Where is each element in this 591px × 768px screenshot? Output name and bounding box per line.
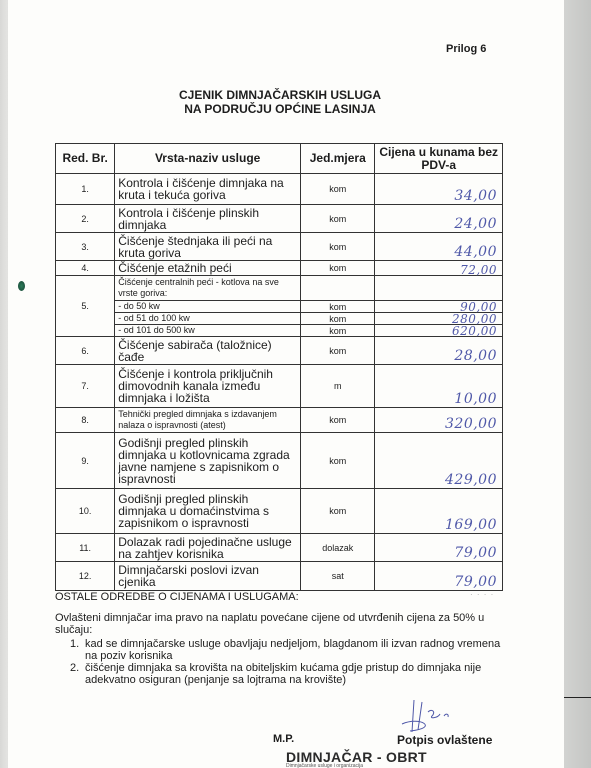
table-row: 4.Čišćenje etažnih pećikom72,00 xyxy=(56,261,503,276)
handwritten-price: 44,00 xyxy=(378,244,499,260)
table-header-row: Red. Br. Vrsta-naziv usluge Jed.mjera Ci… xyxy=(56,144,503,174)
unit: kom xyxy=(301,301,375,313)
handwritten-price: 34,00 xyxy=(378,188,499,204)
column-header-price: Cijena u kunama bez PDV-a xyxy=(375,144,503,174)
row-number: 7. xyxy=(56,365,115,408)
table-row: 9.Godišnji pregled plinskih dimnjaka u k… xyxy=(56,433,503,489)
price xyxy=(375,276,503,301)
table-row: 8.Tehnički pregled dimnjaka s izdavanjem… xyxy=(56,408,503,433)
service-name: Čišćenje sabirača (taložnice) čađe xyxy=(115,337,301,365)
row-number: 8. xyxy=(56,408,115,433)
price: 72,00 xyxy=(375,261,503,276)
price: 429,00 xyxy=(375,433,503,489)
table-row: 6.Čišćenje sabirača (taložnice) čađekom2… xyxy=(56,337,503,365)
price: 620,00 xyxy=(375,325,503,337)
scan-right-edge xyxy=(564,0,591,768)
unit: kom xyxy=(301,205,375,233)
handwritten-price: 620,00 xyxy=(378,326,499,336)
price: 34,00 xyxy=(375,174,503,205)
table-subrow: - od 51 do 100 kwkom280,00 xyxy=(56,313,503,325)
row-number: 10. xyxy=(56,489,115,534)
service-name: Čišćenje etažnih peći xyxy=(115,261,301,276)
table-row: 2.Kontrola i čišćenje plinskih dimnjakak… xyxy=(56,205,503,233)
service-name: Tehnički pregled dimnjaka s izdavanjem n… xyxy=(115,408,301,433)
document-title-line2: NA PODRUČJU OPĆINE LASINJA xyxy=(150,102,410,116)
unit: kom xyxy=(301,433,375,489)
annex-label: Prilog 6 xyxy=(446,43,486,55)
table-subrow: - od 101 do 500 kwkom620,00 xyxy=(56,325,503,337)
stamp-subtitle: Dimnjačarske usluge i organizacija xyxy=(286,763,363,768)
column-header-service: Vrsta-naziv usluge xyxy=(115,144,301,174)
row-number: 11. xyxy=(56,534,115,562)
unit: kom xyxy=(301,325,375,337)
price: 169,00 xyxy=(375,489,503,534)
table-subrow: - do 50 kwkom90,00 xyxy=(56,301,503,313)
price: 28,00 xyxy=(375,337,503,365)
handwritten-price: 79,00 xyxy=(378,545,499,561)
handwritten-price: 79,00 xyxy=(378,574,499,590)
row-number: 4. xyxy=(56,261,115,276)
unit: kom xyxy=(301,174,375,205)
provision-text: kad se dimnjačarske usluge obavljaju ned… xyxy=(85,638,510,662)
pencil-mark: · · · · xyxy=(470,590,494,599)
service-name: Dimnjačarski poslovi izvan cjenika xyxy=(115,562,301,591)
unit: kom xyxy=(301,233,375,261)
handwritten-price: 24,00 xyxy=(378,216,499,232)
price: 10,00 xyxy=(375,365,503,408)
column-header-number: Red. Br. xyxy=(56,144,115,174)
service-name: Godišnji pregled plinskih dimnjaka u kot… xyxy=(115,433,301,489)
service-subitem-name: - od 101 do 500 kw xyxy=(115,325,301,337)
punch-hole-mark xyxy=(18,281,25,291)
unit: kom xyxy=(301,337,375,365)
service-name: Čišćenje štednjaka ili peći na kruta gor… xyxy=(115,233,301,261)
service-subitem-name: - od 51 do 100 kw xyxy=(115,313,301,325)
service-name: Čišćenje i kontrola priključnih dimovodn… xyxy=(115,365,301,408)
provisions-heading: OSTALE ODREDBE O CIJENAMA I USLUGAMA: xyxy=(55,591,299,603)
row-number: 5. xyxy=(56,276,115,337)
handwritten-price: 90,00 xyxy=(378,302,499,312)
stamp-placeholder-label: M.P. xyxy=(273,733,294,745)
handwritten-price: 280,00 xyxy=(378,314,499,324)
row-number: 9. xyxy=(56,433,115,489)
row-number: 2. xyxy=(56,205,115,233)
price: 320,00 xyxy=(375,408,503,433)
handwritten-price: 320,00 xyxy=(378,416,499,432)
provision-number: 2. xyxy=(70,662,85,686)
row-number: 12. xyxy=(56,562,115,591)
unit: dolazak xyxy=(301,534,375,562)
service-subitem-name: - do 50 kw xyxy=(115,301,301,313)
provision-number: 1. xyxy=(70,638,85,662)
service-name: Kontrola i čišćenje dimnjaka na kruta i … xyxy=(115,174,301,205)
table-row: 10.Godišnji pregled plinskih dimnjaka u … xyxy=(56,489,503,534)
unit: kom xyxy=(301,313,375,325)
service-name: Dolazak radi pojedinačne usluge na zahtj… xyxy=(115,534,301,562)
provision-item: 1. kad se dimnjačarske usluge obavljaju … xyxy=(70,638,510,662)
table-row: 11.Dolazak radi pojedinačne usluge na za… xyxy=(56,534,503,562)
service-name: Godišnji pregled plinskih dimnjaka u dom… xyxy=(115,489,301,534)
provisions-intro: Ovlašteni dimnjačar ima pravo na naplatu… xyxy=(55,612,515,636)
provisions-list: 1. kad se dimnjačarske usluge obavljaju … xyxy=(70,638,510,686)
column-header-unit: Jed.mjera xyxy=(301,144,375,174)
handwritten-price: 72,00 xyxy=(378,265,499,275)
provision-text: čišćenje dimnjaka sa krovišta na obitelj… xyxy=(85,662,510,686)
document-title-line1: CJENIK DIMNJAČARSKIH USLUGA xyxy=(150,88,410,102)
price: 44,00 xyxy=(375,233,503,261)
price-table: Red. Br. Vrsta-naziv usluge Jed.mjera Ci… xyxy=(55,143,503,591)
price: 24,00 xyxy=(375,205,503,233)
row-number: 6. xyxy=(56,337,115,365)
row-number: 1. xyxy=(56,174,115,205)
price: 79,00 xyxy=(375,562,503,591)
signature-label: Potpis ovlaštene xyxy=(397,733,492,747)
unit: m xyxy=(301,365,375,408)
price: 280,00 xyxy=(375,313,503,325)
signature-icon xyxy=(400,698,470,734)
table-row: 5.Čišćenje centralnih peći - kotlova na … xyxy=(56,276,503,301)
provision-item: 2. čišćenje dimnjaka sa krovišta na obit… xyxy=(70,662,510,686)
table-row: 12.Dimnjačarski poslovi izvan cjenikasat… xyxy=(56,562,503,591)
unit: kom xyxy=(301,261,375,276)
table-row: 1.Kontrola i čišćenje dimnjaka na kruta … xyxy=(56,174,503,205)
handwritten-price: 169,00 xyxy=(378,517,499,533)
unit: kom xyxy=(301,489,375,534)
unit: kom xyxy=(301,408,375,433)
price: 79,00 xyxy=(375,534,503,562)
row-number: 3. xyxy=(56,233,115,261)
handwritten-price: 28,00 xyxy=(378,348,499,364)
service-name: Kontrola i čišćenje plinskih dimnjaka xyxy=(115,205,301,233)
service-name: Čišćenje centralnih peći - kotlova na sv… xyxy=(115,276,301,301)
price: 90,00 xyxy=(375,301,503,313)
handwritten-price: 429,00 xyxy=(378,472,499,488)
table-row: 7.Čišćenje i kontrola priključnih dimovo… xyxy=(56,365,503,408)
unit: sat xyxy=(301,562,375,591)
handwritten-price: 10,00 xyxy=(378,391,499,407)
unit xyxy=(301,276,375,301)
table-row: 3.Čišćenje štednjaka ili peći na kruta g… xyxy=(56,233,503,261)
